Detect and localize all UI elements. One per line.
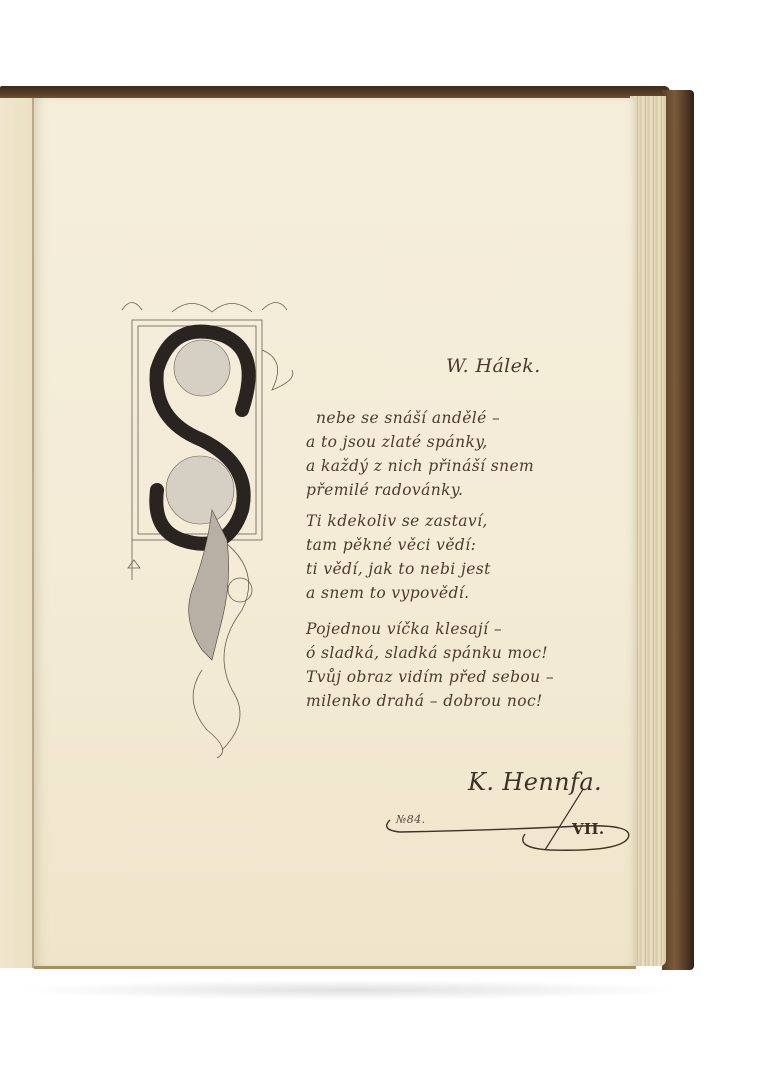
entry-number: №84. (396, 813, 426, 826)
poem-line: a to jsou zlaté spánky, (306, 430, 534, 454)
roman-numeral: VII. (572, 820, 605, 838)
book-cover-spine-edge (662, 90, 694, 970)
left-page-sliver (0, 98, 34, 968)
poem-stanza-2: Ti kdekoliv se zastaví, tam pěkné věci v… (306, 509, 491, 605)
poem-line: nebe se snáší andělé – (316, 406, 534, 430)
poem-line: a snem to vypovědí. (306, 581, 491, 605)
poem-line: ti vědí, jak to nebi jest (306, 557, 491, 581)
book-shadow (10, 980, 690, 1000)
poem-stanza-1: nebe se snáší andělé – a to jsou zlaté s… (306, 406, 534, 502)
signature: K. Hennfa. (468, 768, 602, 796)
poem-line: a každý z nich přináší snem (306, 454, 534, 478)
poem-line: přemilé radovánky. (306, 478, 534, 502)
poem-stanza-3: Pojednou víčka klesají – ó sladká, sladk… (306, 617, 554, 713)
poem-author: W. Hálek. (446, 355, 541, 377)
poem-line: ó sladká, sladká spánku moc! (306, 641, 554, 665)
poem-line: Pojednou víčka klesají – (306, 617, 554, 641)
illuminated-initial-s (112, 290, 302, 760)
poem-line: Tvůj obraz vidím před sebou – (306, 665, 554, 689)
poem-line: milenko drahá – dobrou noc! (306, 689, 554, 713)
poem-line: tam pěkné věci vědí: (306, 533, 491, 557)
poem-line: Ti kdekoliv se zastaví, (306, 509, 491, 533)
